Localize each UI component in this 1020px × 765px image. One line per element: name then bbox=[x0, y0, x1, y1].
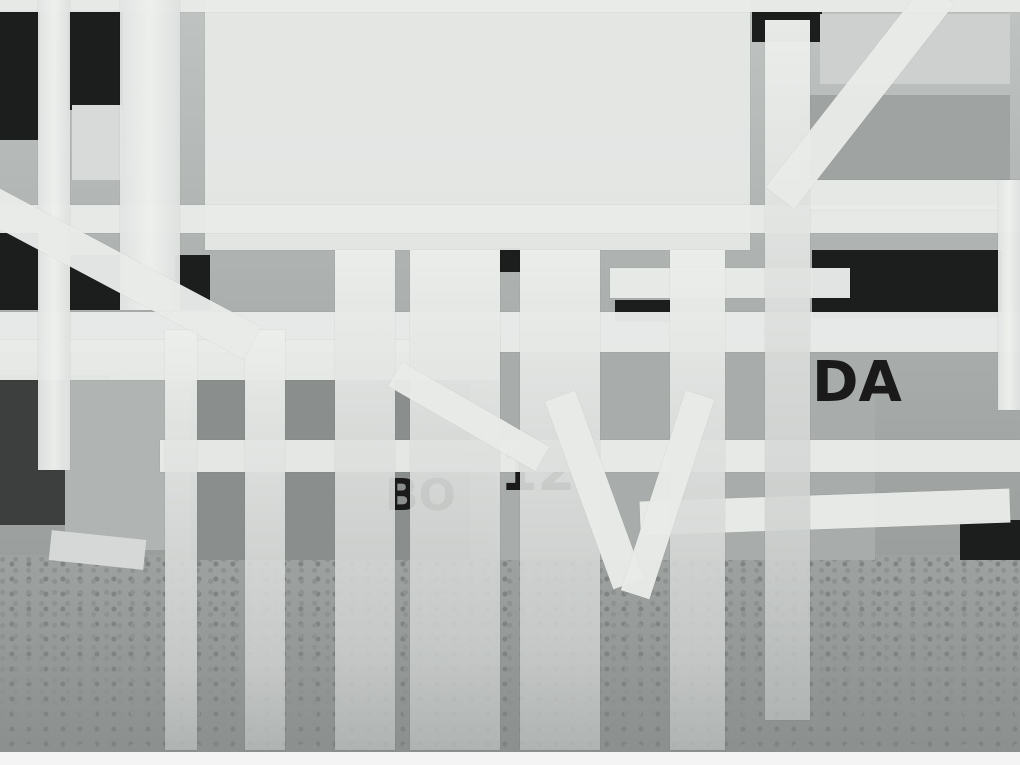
tape-strip-vertical bbox=[335, 250, 395, 750]
tape-strip-horizontal bbox=[610, 268, 850, 298]
tape-strip-vertical bbox=[765, 20, 810, 720]
artwork-canvas: DA 12 BO bbox=[0, 0, 1020, 765]
tape-strip-vertical bbox=[410, 250, 500, 750]
tape-strip-vertical bbox=[165, 330, 197, 750]
tape-strip-vertical bbox=[998, 180, 1020, 410]
tape-strip-vertical bbox=[245, 330, 285, 750]
tape-strip-horizontal bbox=[810, 180, 1020, 210]
tape-layer bbox=[0, 0, 1020, 765]
